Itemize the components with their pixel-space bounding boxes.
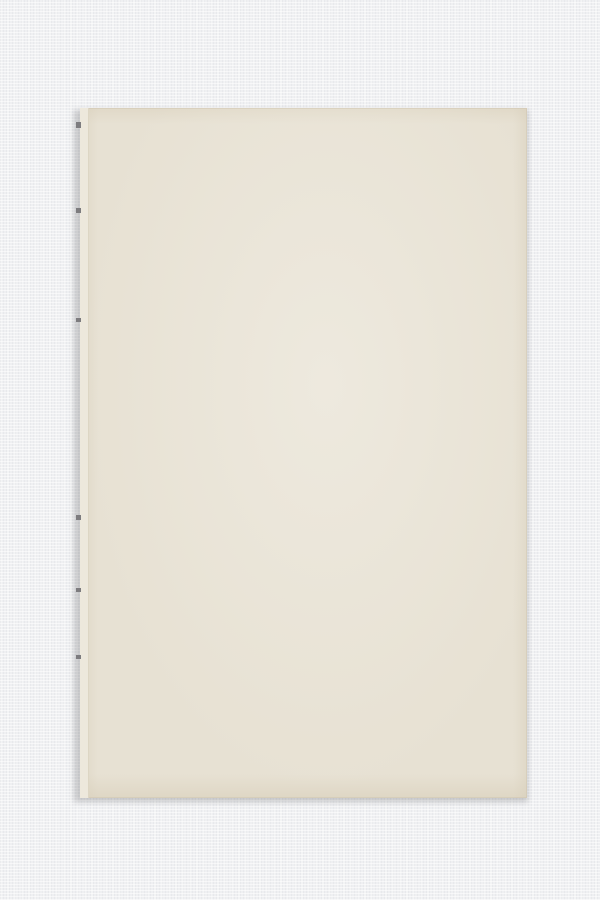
tear-notch <box>76 655 81 659</box>
tear-notch <box>76 515 81 520</box>
torn-left-edge <box>80 108 89 798</box>
tear-notch <box>76 588 81 592</box>
blank-paper-sheet <box>80 108 527 798</box>
tear-notch <box>76 208 81 213</box>
tear-notch <box>76 122 81 128</box>
tear-notch <box>76 318 81 322</box>
